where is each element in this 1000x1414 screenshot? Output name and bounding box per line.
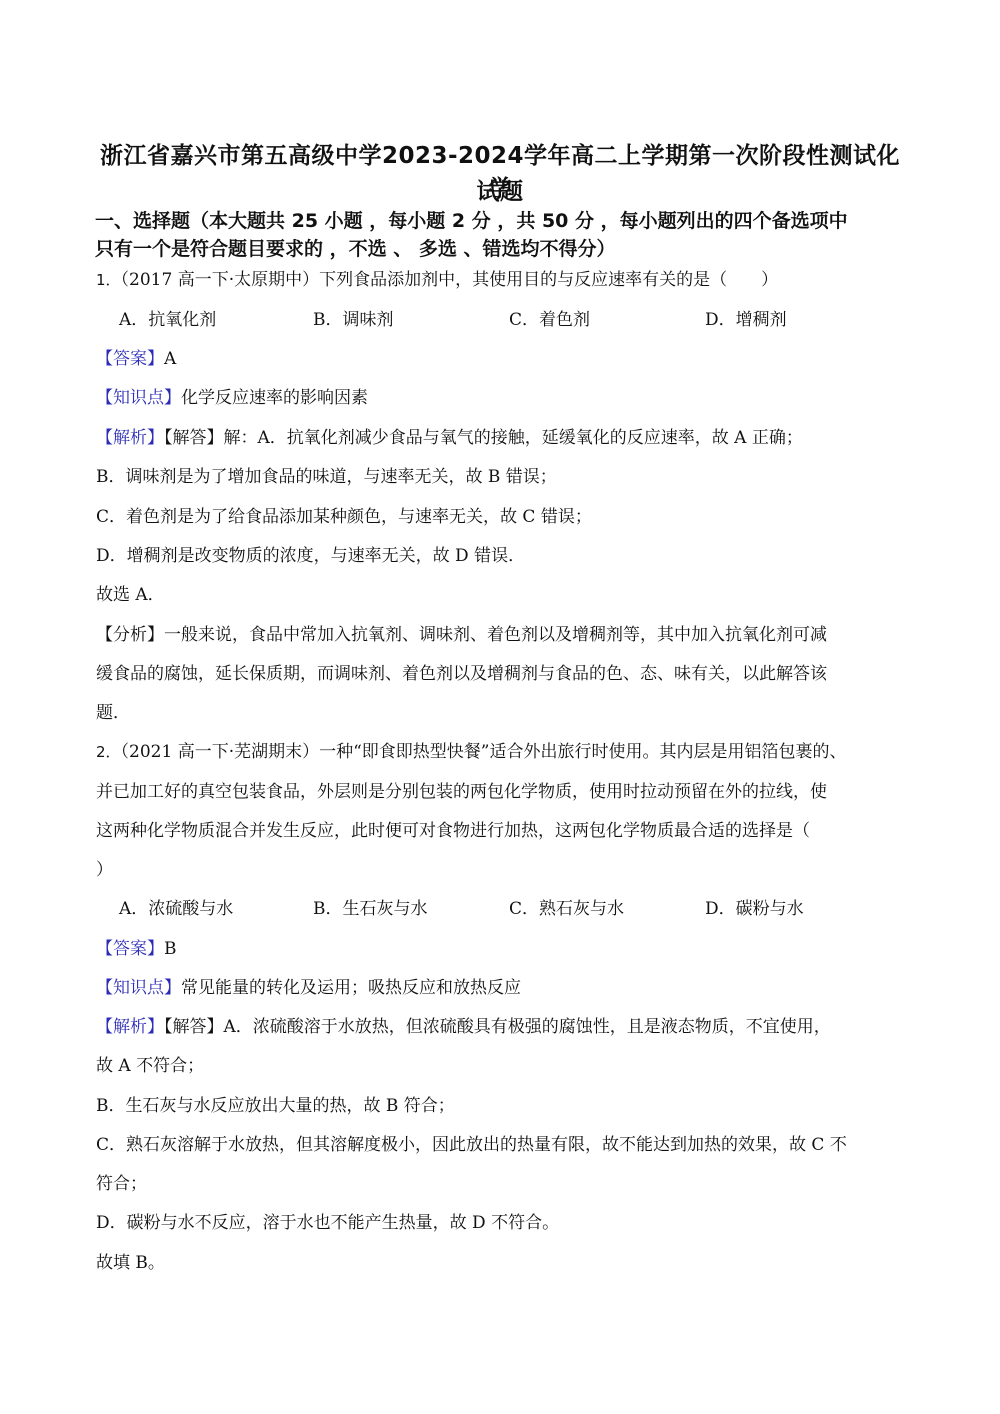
question-number: 2． xyxy=(96,743,121,761)
analysis-text: 【解答】解：A．抗氧化剂减少食品与氧气的接触，延缓氧化的反应速率，故 A 正确； xyxy=(164,428,803,448)
question-stem-line: ） xyxy=(96,858,113,882)
option-c: C．着色剂 xyxy=(509,308,590,332)
question-1-stem: 1．（2017 高一下·太原期中）下列食品添加剂中，其使用目的与反应速率有关的是… xyxy=(96,268,778,292)
option-letter: C． xyxy=(509,899,539,919)
question-2-knowledge: 【知识点】常见能量的转化及运用；吸热反应和放热反应 xyxy=(96,976,521,1000)
analysis-line: 故 A 不符合； xyxy=(96,1054,204,1078)
question-number: 1． xyxy=(96,271,121,289)
question-1-answer: 【答案】A xyxy=(96,347,176,371)
option-letter: B． xyxy=(313,899,343,919)
question-stem-line: 并已加工好的真空包装食品，外层则是分别包装的两包化学物质，使用时拉动预留在外的拉… xyxy=(96,780,827,804)
option-text: 着色剂 xyxy=(539,310,590,330)
answer-label: 【答案】 xyxy=(96,939,164,959)
knowledge-text: 化学反应速率的影响因素 xyxy=(181,388,368,408)
option-text: 熟石灰与水 xyxy=(539,899,624,919)
question-2-analysis: 【解析】【解答】A．浓硫酸溶于水放热，但浓硫酸具有极强的腐蚀性，且是液态物质，不… xyxy=(96,1015,831,1039)
question-1-knowledge: 【知识点】化学反应速率的影响因素 xyxy=(96,386,368,410)
analysis-label: 【解析】 xyxy=(96,428,164,448)
answer-value: A xyxy=(164,349,176,369)
option-letter: C． xyxy=(509,310,539,330)
option-text: 碳粉与水 xyxy=(736,899,804,919)
analysis-line: B．调味剂是为了增加食品的味道，与速率无关，故 B 错误； xyxy=(96,465,557,489)
document-page: 浙江省嘉兴市第五高级中学2023-2024学年高二上学期第一次阶段性测试化学 试… xyxy=(0,0,1000,1414)
document-title-continued: 试题 xyxy=(95,173,905,206)
option-d: D．碳粉与水 xyxy=(705,897,804,921)
analysis-line: 题． xyxy=(96,701,130,725)
section-heading-continued: 只有一个是符合题目要求的 ，不选 、 多选 、错选均不得分） xyxy=(95,235,915,263)
analysis-label: 【解析】 xyxy=(96,1017,164,1037)
option-a: A．抗氧化剂 xyxy=(119,308,216,332)
option-letter: D． xyxy=(705,899,736,919)
option-text: 调味剂 xyxy=(343,310,394,330)
option-text: 增稠剂 xyxy=(736,310,787,330)
analysis-line: 故填 B。 xyxy=(96,1251,165,1275)
answer-value: B xyxy=(164,939,177,959)
analysis-line: C．熟石灰溶解于水放热，但其溶解度极小，因此放出的热量有限，故不能达到加热的效果… xyxy=(96,1133,847,1157)
option-text: 生石灰与水 xyxy=(343,899,428,919)
question-1-analysis: 【解析】【解答】解：A．抗氧化剂减少食品与氧气的接触，延缓氧化的反应速率，故 A… xyxy=(96,426,803,450)
option-b: B．生石灰与水 xyxy=(313,897,428,921)
analysis-line: C．着色剂是为了给食品添加某种颜色，与速率无关，故 C 错误； xyxy=(96,505,592,529)
option-letter: A． xyxy=(119,310,148,330)
knowledge-label: 【知识点】 xyxy=(96,388,181,408)
question-2-answer: 【答案】B xyxy=(96,937,177,961)
option-letter: A． xyxy=(119,899,148,919)
knowledge-label: 【知识点】 xyxy=(96,978,181,998)
analysis-line: D．增稠剂是改变物质的浓度，与速率无关，故 D 错误． xyxy=(96,544,525,568)
analysis-line: B．生石灰与水反应放出大量的热，故 B 符合； xyxy=(96,1094,455,1118)
analysis-line: 【分析】一般来说，食品中常加入抗氧剂、调味剂、着色剂以及增稠剂等，其中加入抗氧化… xyxy=(96,623,827,647)
section-heading: 一、选择题（本大题共 25 小题 ，每小题 2 分 ，共 50 分 ，每小题列出… xyxy=(95,207,915,235)
option-c: C．熟石灰与水 xyxy=(509,897,624,921)
option-text: 抗氧化剂 xyxy=(148,310,216,330)
knowledge-text: 常见能量的转化及运用；吸热反应和放热反应 xyxy=(181,978,521,998)
question-stem-text: （2017 高一下·太原期中）下列食品添加剂中，其使用目的与反应速率有关的是（ … xyxy=(121,270,779,290)
analysis-line: 故选 A． xyxy=(96,583,165,607)
answer-label: 【答案】 xyxy=(96,349,164,369)
analysis-line: 符合； xyxy=(96,1172,147,1196)
option-b: B．调味剂 xyxy=(313,308,394,332)
option-text: 浓硫酸与水 xyxy=(148,899,233,919)
question-2-stem: 2．（2021 高一下·芜湖期末）一种“即食即热型快餐”适合外出旅行时使用。其内… xyxy=(96,740,847,764)
option-letter: D． xyxy=(705,310,736,330)
analysis-text: 【解答】A．浓硫酸溶于水放热，但浓硫酸具有极强的腐蚀性，且是液态物质，不宜使用， xyxy=(164,1017,831,1037)
option-letter: B． xyxy=(313,310,343,330)
analysis-line: 缓食品的腐蚀，延长保质期，而调味剂、着色剂以及增稠剂与食品的色、态、味有关，以此… xyxy=(96,662,827,686)
question-stem-text: （2021 高一下·芜湖期末）一种“即食即热型快餐”适合外出旅行时使用。其内层是… xyxy=(121,742,847,762)
analysis-line: D．碳粉与水不反应，溶于水也不能产生热量，故 D 不符合。 xyxy=(96,1211,559,1235)
option-a: A．浓硫酸与水 xyxy=(119,897,233,921)
option-d: D．增稠剂 xyxy=(705,308,787,332)
question-stem-line: 这两种化学物质混合并发生反应，此时便可对食物进行加热，这两包化学物质最合适的选择… xyxy=(96,819,810,843)
